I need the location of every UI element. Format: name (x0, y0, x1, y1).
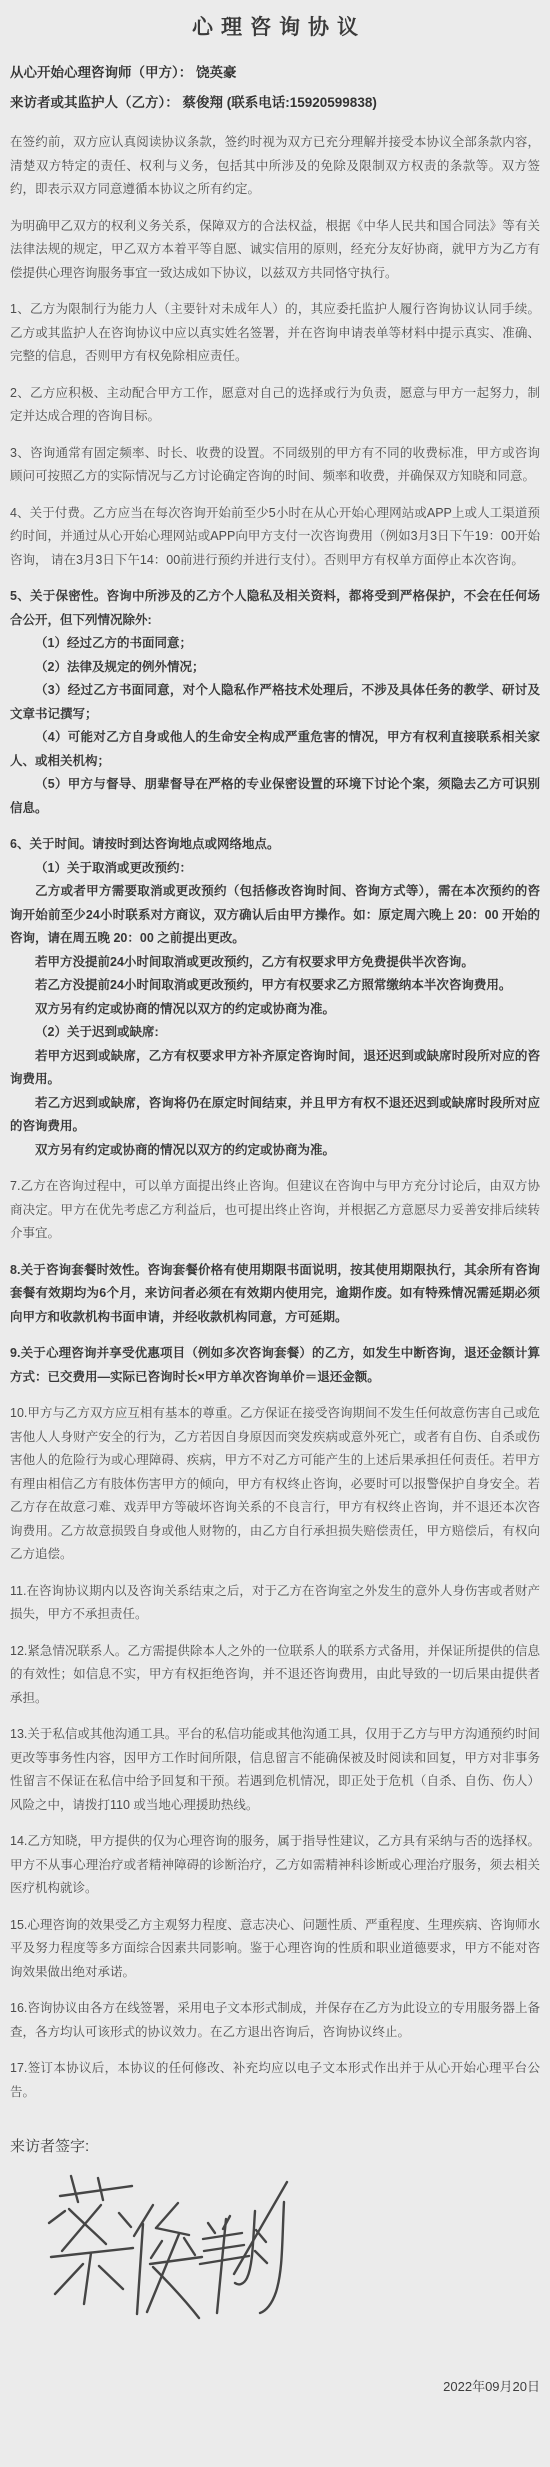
agreement-paragraph: （2）法律及规定的例外情况； (10, 656, 540, 680)
party-b-line: 来访者或其监护人（乙方）： 蔡俊翔 (联系电话:15920599838) (10, 88, 540, 118)
agreement-paragraph: （5）甲方与督导、朋辈督导在严格的专业保密设置的环境下讨论个案，须隐去乙方可识别… (10, 773, 540, 820)
agreement-paragraph: 6、关于时间。请按时到达咨询地点或网络地点。 (10, 833, 540, 857)
agreement-paragraph: 若甲方没提前24小时间取消或更改预约，乙方有权要求甲方免费提供半次咨询。 (10, 951, 540, 975)
agreement-paragraph: 若甲方迟到或缺席，乙方有权要求甲方补齐原定咨询时间，退还迟到或缺席时段所对应的咨… (10, 1045, 540, 1092)
agreement-paragraph: 14.乙方知晓，甲方提供的仅为心理咨询的服务，属于指导性建议，乙方具有采纳与否的… (10, 1830, 540, 1901)
client-signature (40, 2170, 290, 2335)
agreement-paragraph: 16.咨询协议由各方在线签署，采用电子文本形式制成，并保存在乙方为此设立的专用服… (10, 1997, 540, 2044)
agreement-paragraph: 双方另有约定或协商的情况以双方的约定或协商为准。 (10, 1139, 540, 1163)
agreement-paragraph: 8.关于咨询套餐时效性。咨询套餐价格有使用期限书面说明，按其使用期限执行，其余所… (10, 1259, 540, 1330)
agreement-paragraph: 10.甲方与乙方双方应互相有基本的尊重。乙方保证在接受咨询期间不发生任何故意伤害… (10, 1402, 540, 1567)
parties-section: 从心开始心理咨询师（甲方）： 饶英豪 来访者或其监护人（乙方）： 蔡俊翔 (联系… (10, 58, 540, 118)
agreement-paragraph: （4）可能对乙方自身或他人的生命安全构成严重危害的情况，甲方有权利直接联系相关家… (10, 726, 540, 773)
signing-date: 2022年09月20日 (10, 2377, 540, 2397)
page-title: 心理咨询协议 (10, 12, 540, 44)
agreement-paragraph: 12.紧急情况联系人。乙方需提供除本人之外的一位联系人的联系方式备用，并保证所提… (10, 1640, 540, 1711)
agreement-paragraph: 13.关于私信或其他沟通工具。平台的私信功能或其他沟通工具，仅用于乙方与甲方沟通… (10, 1723, 540, 1817)
agreement-paragraph: 15.心理咨询的效果受乙方主观努力程度、意志决心、问题性质、严重程度、生理疾病、… (10, 1914, 540, 1985)
agreement-paragraph: （2）关于迟到或缺席: (10, 1021, 540, 1045)
agreement-paragraph: 5、关于保密性。咨询中所涉及的乙方个人隐私及相关资料，都将受到严格保护，不会在任… (10, 585, 540, 632)
agreement-paragraph: 为明确甲乙双方的权利义务关系，保障双方的合法权益，根据《中华人民共和国合同法》等… (10, 215, 540, 286)
agreement-paragraph: 2、乙方应积极、主动配合甲方工作，愿意对自己的选择或行为负责，愿意与甲方一起努力… (10, 382, 540, 429)
agreement-paragraph: 在签约前，双方应认真阅读协议条款，签约时视为双方已充分理解并接受本协议全部条款内… (10, 131, 540, 202)
agreement-paragraph: 9.关于心理咨询并享受优惠项目（例如多次咨询套餐）的乙方，如发生中断咨询，退还金… (10, 1342, 540, 1389)
agreement-paragraph: 11.在咨询协议期内以及咨询关系结束之后，对于乙方在咨询室之外发生的意外人身伤害… (10, 1580, 540, 1627)
clauses: 在签约前，双方应认真阅读协议条款，签约时视为双方已充分理解并接受本协议全部条款内… (10, 131, 540, 2104)
agreement-paragraph: （1）关于取消或更改预约： (10, 857, 540, 881)
agreement-paragraph: 17.签订本协议后，本协议的任何修改、补充均应以电子文本形式作出并于从心开始心理… (10, 2057, 540, 2104)
agreement-paragraph: 双方另有约定或协商的情况以双方的约定或协商为准。 (10, 998, 540, 1022)
signature-label: 来访者签字: (10, 2136, 540, 2158)
agreement-paragraph: 若乙方没提前24小时间取消或更改预约，甲方有权要求乙方照常缴纳本半次咨询费用。 (10, 974, 540, 998)
agreement-paragraph: 乙方或者甲方需要取消或更改预约（包括修改咨询时间、咨询方式等），需在本次预约的咨… (10, 880, 540, 951)
agreement-document: 心理咨询协议 从心开始心理咨询师（甲方）： 饶英豪 来访者或其监护人（乙方）： … (0, 0, 550, 2467)
agreement-paragraph: （3）经过乙方书面同意，对个人隐私作严格技术处理后，不涉及具体任务的教学、研讨及… (10, 679, 540, 726)
agreement-paragraph: 若乙方迟到或缺席，咨询将仍在原定时间结束，并且甲方有权不退还迟到或缺席时段所对应… (10, 1092, 540, 1139)
agreement-paragraph: 3、咨询通常有固定频率、时长、收费的设置。不同级别的甲方有不同的收费标准，甲方或… (10, 442, 540, 489)
party-a-line: 从心开始心理咨询师（甲方）： 饶英豪 (10, 58, 540, 88)
agreement-paragraph: （1）经过乙方的书面同意； (10, 632, 540, 656)
agreement-paragraph: 7.乙方在咨询过程中，可以单方面提出终止咨询。但建议在咨询中与甲方充分讨论后，由… (10, 1175, 540, 1246)
agreement-paragraph: 1、乙方为限制行为能力人（主要针对未成年人）的，其应委托监护人履行咨询协议认同手… (10, 298, 540, 369)
agreement-paragraph: 4、关于付费。乙方应当在每次咨询开始前至少5小时在从心开始心理网站或APP上或人… (10, 502, 540, 573)
